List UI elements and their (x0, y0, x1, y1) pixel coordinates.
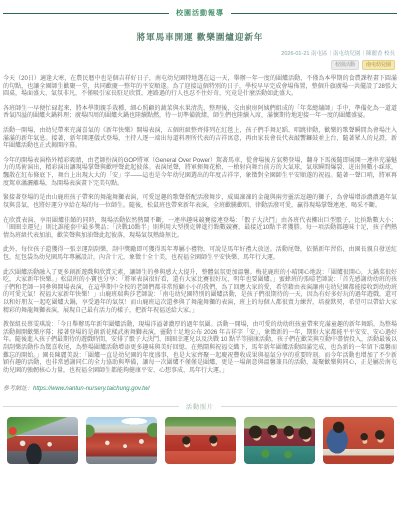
photo-plaza-red-round-tables-wide-view[interactable] (86, 417, 157, 464)
header-rule-left (3, 13, 169, 14)
paragraph: 今年的開場表演格外精彩吸睛，由老師扮演的GOP將軍（General Over P… (3, 158, 397, 188)
paragraph: 今天（20日）適逢大寒，在農民曆中也是個吉祥好日子，南屯幼兒園特地選在這一天，舉… (3, 76, 397, 99)
photo-children-dining-at-red-tables[interactable] (165, 417, 236, 464)
section-title: 校園活動報導 (176, 8, 224, 18)
paragraph: 在欣賞表演、享用圍爐佳餚的同時，現場活動依然熱鬧不斷，一連串趣味競賽接連登場：「… (3, 218, 397, 241)
paragraph: 緊接著登場的是由山鹿班孩子帶來的舞龍舞獅表演，可愛逗趣的歌聲搭配活潑舞步，威風凜… (3, 195, 397, 210)
school-badge[interactable]: 南屯幼兒園 (362, 60, 395, 70)
paragraph: 各班師生一早便忙碌起來，將本學期親手栽種、細心照顧的蔬菜與水果清洗、整理後，交由… (3, 106, 397, 121)
photo-children-leaning-over-planter[interactable] (244, 417, 315, 464)
reference-link[interactable]: https://www.nantun-nursery.taichung.gov.… (33, 386, 150, 392)
paragraph: 此外，每位孩子還獲得一張幸運刮刮樂，刮中獎勵即可獲得馬年專屬小禮物，可說是馬年好… (3, 247, 397, 262)
category-badge[interactable]: 校園活動 (331, 60, 359, 70)
photos-section-title: 活動照片 (186, 402, 214, 411)
article-title: 將軍馬車開運 歡樂圍爐迎新年 (3, 31, 397, 43)
photo-strip (3, 417, 397, 464)
photo-outdoor-tables-under-canopy[interactable] (7, 417, 78, 464)
photos-rule-left (3, 406, 179, 407)
paragraph: 活動一開場，由幼兒帶來充滿喜氣的《新年快樂》開場表演，五個班級整齊排列在紅毯上，… (3, 128, 397, 151)
header-rule-right (231, 13, 397, 14)
photo-adult-helping-children-playground[interactable] (323, 417, 394, 464)
paragraph: 教保組長蔡雯琪說：「今日舉辦馬年新年圍爐活動，現場洋溢著濃厚的過年氛圍。活動一開… (3, 322, 397, 375)
section-header: 校園活動報導 (3, 8, 397, 18)
badge-row: 校園活動 南屯幼兒園 (3, 60, 395, 70)
article-page: 校園活動報導 將軍馬車開運 歡樂圍爐迎新年 2026-01-21 南屯區｜南屯幼… (0, 0, 400, 508)
reference-line: 參考網址：https://www.nantun-nursery.taichung… (3, 383, 397, 392)
reference-label: 參考網址： (3, 386, 33, 392)
photos-section-header: 活動照片 (3, 402, 397, 411)
paragraph: 此次圍爐活動融入了更多創新遊戲與欣賞元素，讓師生的參與感大大提升，整體氣氛更加溫… (3, 270, 397, 316)
article-meta: 2026-01-21 南屯區｜南屯幼兒園｜陳麗香 校長 (3, 49, 395, 57)
article-body: 今天（20日）適逢大寒，在農民曆中也是個吉祥好日子，南屯幼兒園特地選在這一天，舉… (3, 76, 397, 376)
photos-rule-right (221, 406, 397, 407)
